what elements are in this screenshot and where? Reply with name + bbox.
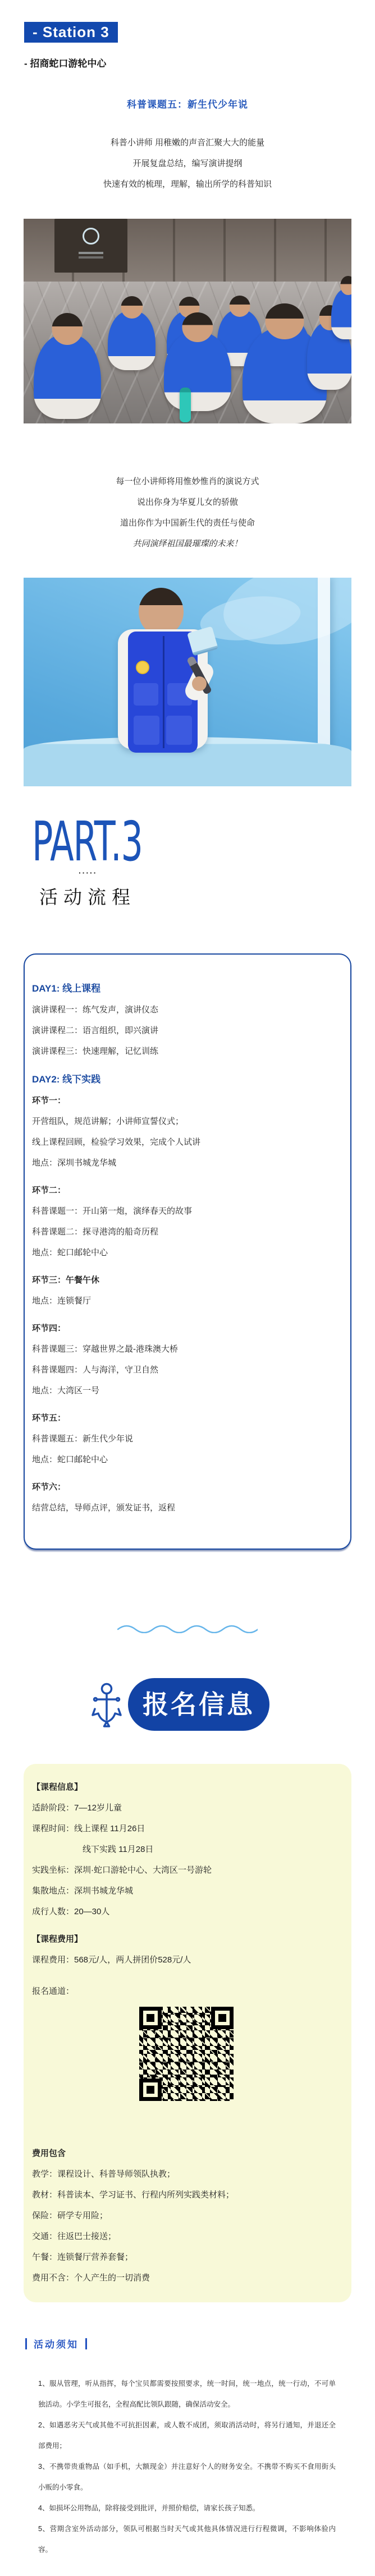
child-figure [34, 335, 101, 419]
notice-item: 2、如遇恶劣天气或其他不可抗拒因素，或人数不成团，须取消活动时，将另行通知，并退… [38, 2415, 336, 2457]
heading-bar-decoration [85, 2338, 87, 2349]
vest-pocket [134, 683, 158, 706]
qr-finder-icon [139, 2007, 162, 2029]
info-line: 集散地点：深圳书城龙华城 [32, 1886, 340, 1896]
vest-badge [136, 661, 149, 674]
info-line: 课程时间：线上课程 11月26日 [32, 1823, 340, 1834]
notice-item: 5、营期含室外活动部分，领队可根据当时天气或其他具体情况进行行程微调，不影响体验… [38, 2519, 336, 2560]
notice-item: 1、服从管理，听从指挥，每个宝贝都需要按照要求，统一时间，统一地点，统一行动，不… [38, 2374, 336, 2415]
schedule-line: 科普课题一：开山第一炮，演绎春天的故事 [32, 1206, 339, 1216]
schedule-line: 地点：连锁餐厅 [32, 1296, 339, 1306]
session-title: 环节四： [32, 1323, 339, 1334]
signup-banner: 报名信息 [0, 1678, 375, 1734]
watch-logo-icon [83, 228, 99, 245]
station-badge: - Station 3 [24, 22, 118, 43]
includes-heading: 费用包含 [32, 2148, 340, 2159]
info-line-indented: 线下实践 11月28日 [32, 1844, 340, 1855]
schedule-line: 线上课程回顾，检验学习效果，完成个人试讲 [32, 1137, 339, 1148]
info-line: 实践坐标：深圳·蛇口游轮中心、大湾区一号游轮 [32, 1865, 340, 1875]
article-page: - Station 3 - 招商蛇口游轮中心 科普课题五：新生代少年说 科普小讲… [0, 0, 375, 2576]
section-title-flow: 活动流程 [39, 883, 136, 909]
info-line: 成行人数：20—30人 [32, 1906, 340, 1917]
schedule-line: 地点：大湾区一号 [32, 1385, 339, 1396]
course-fee-heading: 【课程费用】 [32, 1934, 340, 1944]
speech-line-italic: 共同演绎祖国最璀璨的未来！ [0, 538, 375, 549]
schedule-line: 演讲课程二：语言组织，即兴演讲 [32, 1025, 339, 1036]
session-title: 环节一： [32, 1095, 339, 1106]
notice-item: 4、如损坏公用物品，除将接受到批评，并照价赔偿，请家长孩子知悉。 [38, 2498, 336, 2519]
day1-heading: DAY1: 线上课程 [32, 983, 339, 994]
station-subtitle: - 招商蛇口游轮中心 [24, 56, 106, 70]
qr-finder-icon [211, 2007, 234, 2029]
anchor-icon [92, 1681, 122, 1730]
notice-title: 活动须知 [27, 2337, 85, 2351]
child-figure [108, 311, 156, 370]
day2-heading: DAY2: 线下实践 [32, 1073, 339, 1085]
include-line: 教学：课程设计、科普导师领队执教； [32, 2169, 340, 2179]
info-line: 适龄阶段：7—12岁儿童 [32, 1803, 340, 1813]
include-line: 午餐：连锁餐厅营养套餐； [32, 2252, 340, 2262]
storefront-sign [54, 219, 127, 273]
intro-line: 科普小讲师 用稚嫩的声音汇聚大大的能量 [0, 137, 375, 148]
vest-zipper [163, 636, 164, 748]
include-line: 费用不含：个人产生的一切消费 [32, 2273, 340, 2283]
wave-divider [117, 1624, 258, 1633]
course-info-heading: 【课程信息】 [32, 1782, 340, 1792]
speech-paragraphs: 每一位小讲师将用惟妙惟肖的演说方式 说出你身为华夏儿女的骄傲 道出你作为中国新生… [0, 476, 375, 559]
speech-line: 说出你身为华夏儿女的骄傲 [0, 497, 375, 508]
session-title: 环节三：午餐午休 [32, 1275, 339, 1285]
notice-list: 1、服从管理，听从指挥，每个宝贝都需要按照要求，统一时间，统一地点，统一行动，不… [38, 2374, 336, 2560]
intro-line: 开展复盘总结，编写演讲提纲 [0, 158, 375, 169]
speech-line: 每一位小讲师将用惟妙惟肖的演说方式 [0, 476, 375, 487]
schedule-line: 科普课题二：探寻港湾的船奇历程 [32, 1227, 339, 1237]
water-bottle [180, 388, 191, 422]
schedule-line: 地点：蛇口邮轮中心 [32, 1247, 339, 1258]
photo-children-discussion[interactable] [24, 219, 351, 423]
info-box: 【课程信息】 适龄阶段：7—12岁儿童 课程时间：线上课程 11月26日 线下实… [24, 1764, 351, 2302]
schedule-line: 科普课题四：人与海洋，守卫自然 [32, 1365, 339, 1375]
session-title: 环节五： [32, 1413, 339, 1423]
notice-item: 3、不携带贵重物品（如手机，大额现金）并注意好个人的财务安全。不携带不购买不食用… [38, 2457, 336, 2498]
notice-heading: 活动须知 [25, 2337, 87, 2351]
include-line: 教材：科普读本、学习证书、行程内所列实践类材料； [32, 2190, 340, 2200]
boy-hand [192, 676, 207, 691]
part-label: PART.3 [32, 814, 143, 869]
schedule-line: 演讲课程三：快速理解，记忆训练 [32, 1046, 339, 1057]
signup-pill: 报名信息 [128, 1678, 269, 1731]
schedule-line: 科普课题三：穿越世界之最-港珠澳大桥 [32, 1344, 339, 1354]
photo-boy-speaking[interactable] [24, 578, 351, 786]
intro-paragraphs: 科普小讲师 用稚嫩的声音汇聚大大的能量 开展复盘总结，编写演讲提纲 快速有效的梳… [0, 137, 375, 200]
include-line: 交通：往返巴士接送； [32, 2231, 340, 2242]
fee-line: 课程费用：568元/人，两人拼团价528元/人 [32, 1955, 340, 1965]
topic-heading: 科普课题五：新生代少年说 [0, 96, 375, 110]
schedule-line: 结营总结，导师点评，颁发证书，返程 [32, 1503, 339, 1513]
schedule-line: 演讲课程一：练气发声，演讲仪态 [32, 1004, 339, 1015]
session-title: 环节六： [32, 1482, 339, 1492]
part-dots-decoration: ····· [79, 868, 97, 877]
child-figure [164, 333, 231, 411]
qr-finder-icon [139, 2079, 162, 2101]
signup-channel-label: 报名通道： [32, 1986, 340, 1997]
qr-code[interactable] [139, 2007, 234, 2101]
schedule-line: 地点：蛇口邮轮中心 [32, 1454, 339, 1465]
speech-line: 道出你作为中国新生代的责任与使命 [0, 518, 375, 528]
include-line: 保险：研学专用险； [32, 2210, 340, 2221]
schedule-line: 科普课题五：新生代少年说 [32, 1434, 339, 1444]
vest-pocket [166, 716, 192, 745]
schedule-line: 地点：深圳书城龙华城 [32, 1158, 339, 1168]
vest-pocket [134, 716, 159, 745]
session-title: 环节二： [32, 1185, 339, 1196]
schedule-line: 开营组队，规范讲解；小讲师宣誓仪式； [32, 1116, 339, 1127]
intro-line: 快速有效的梳理，理解，输出所学的科普知识 [0, 179, 375, 190]
schedule-box: DAY1: 线上课程 演讲课程一：练气发声，演讲仪态 演讲课程二：语言组织，即兴… [24, 953, 351, 1550]
